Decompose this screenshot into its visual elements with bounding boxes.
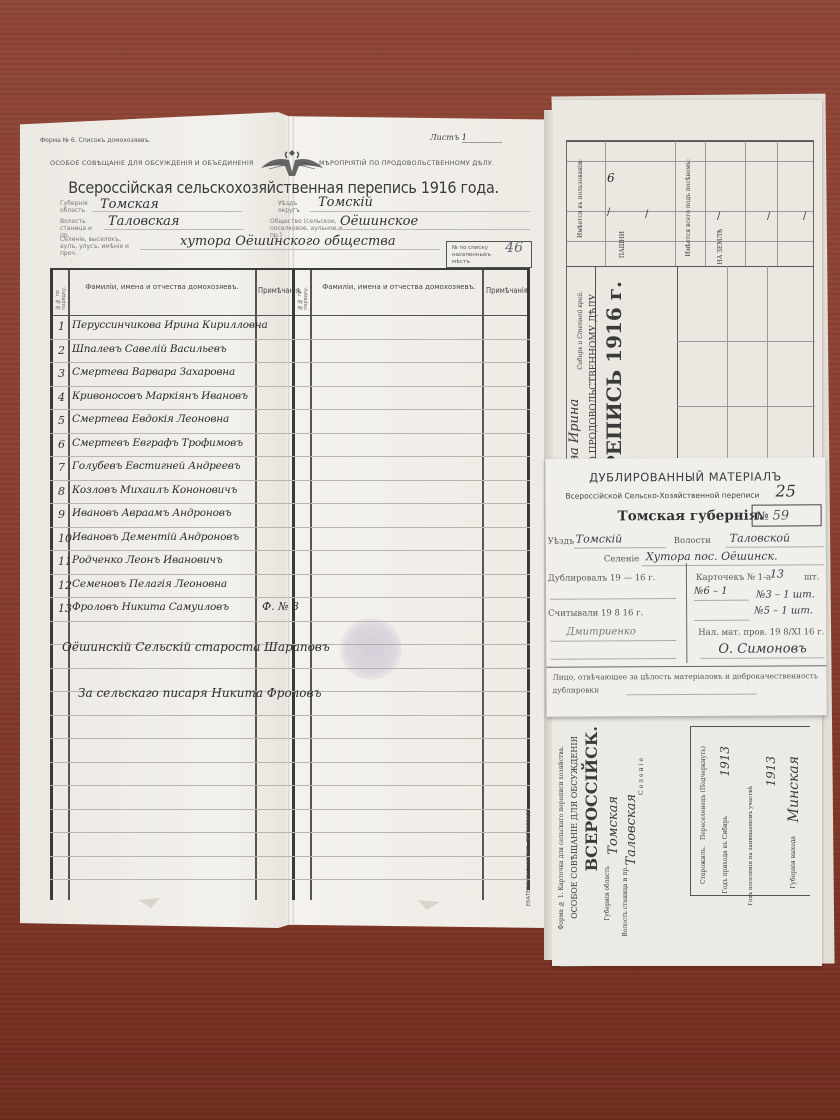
- region-subtitle: Сибирь и Степной край.: [577, 291, 584, 370]
- table-header: №№ по порядку. Фамиліи, имена и отчества…: [50, 270, 530, 316]
- paper-tear: [418, 900, 440, 910]
- table-row: 11Родченко Леонъ Ивановичъ: [50, 551, 530, 575]
- paper-tear: [138, 898, 160, 908]
- sheet-number: Листъ 1: [430, 133, 502, 143]
- duplicated-material-slip: ДУБЛИРОВАННЫЙ МАТЕРІАЛЪ Всероссійской Се…: [545, 457, 826, 716]
- form-number: Форма № 6. Списокъ домохозяевъ.: [40, 137, 151, 144]
- settlement-count-box: № по списку населенныхъ мѣстъ 46: [446, 241, 532, 268]
- slip-number-box: №59: [752, 504, 822, 526]
- table-row: 6Смертевъ Евграфъ Трофимовъ: [50, 434, 530, 458]
- inspector-signature: О. Симоновъ: [718, 641, 807, 656]
- header-banner: ОСОБОЕ СОВѢЩАНІЕ ДЛЯ ОБСУЖДЕНІЯ И ОБЪЕДИ…: [34, 150, 534, 180]
- census-title: Всероссійская сельскохозяйственная переп…: [20, 178, 547, 197]
- slip-guberniya: Томская губернія.: [618, 508, 764, 525]
- table-row: 9Ивановъ Авраамъ Андроновъ: [50, 504, 530, 528]
- table-row: 3Смертева Варвара Захаровна: [50, 363, 530, 387]
- table-row: 4Кривоносовъ Маркіянъ Ивановъ: [50, 387, 530, 411]
- banner-right: МѢРОПРІЯТІЙ ПО ПРОДОВОЛЬСТВЕННОМУ ДѢЛУ.: [319, 159, 494, 167]
- table-row: 2Шпалевъ Савелій Васильевъ: [50, 340, 530, 364]
- handwritten-mark: 6: [607, 171, 615, 185]
- table-row: 13Фроловъ Никита СамуиловъФ. № 3: [50, 598, 530, 622]
- table-row: 8Козловъ Михаилъ Кононовичъ: [50, 481, 530, 505]
- banner-left: ОСОБОЕ СОВѢЩАНІЕ ДЛЯ ОБСУЖДЕНІЯ И ОБЪЕДИ…: [50, 159, 254, 167]
- household-table: №№ по порядку. Фамиліи, имена и отчества…: [50, 268, 530, 898]
- household-card-bottom: Форма № 1. Карточка для сельскаго перепи…: [552, 716, 822, 964]
- violet-seal-stamp: [340, 618, 402, 680]
- slip-subtitle: Всероссійской Сельско-Хозяйственной пере…: [565, 491, 759, 501]
- clerk-signature: За сельскаго писаря Никита Фроловъ: [78, 686, 322, 700]
- table-row: 5Смертева Евдокія Леоновна: [50, 410, 530, 434]
- selenie-field: Селеніе, выселокъ, аулъ, улусъ, имѣніе и…: [60, 236, 450, 254]
- table-row: 1Перуссинчикова Ирина Кирилловна: [50, 316, 530, 340]
- table-row: 10Ивановъ Дементій Андроновъ: [50, 528, 530, 552]
- table-row: 7Голубевъ Евстигней Андреевъ: [50, 457, 530, 481]
- double-headed-eagle-icon: [259, 146, 325, 178]
- household-list-sheet: Форма № 6. Списокъ домохозяевъ. Листъ 1 …: [20, 108, 547, 928]
- card-title: ВСЕРОССІЙСК.: [582, 726, 601, 871]
- table-row: 12Семеновъ Пелагія Леоновна: [50, 575, 530, 599]
- slip-footer: Лицо, отвѣчающее за цѣлость матеріаловъ …: [552, 669, 820, 696]
- printer-imprint: ЕКАТЕРИНИНСКАЯ ТИП. ПЕТРОГРАДЪ: [526, 808, 532, 906]
- elder-signature: Оёшинскій Сельскій староста Шараповъ: [62, 640, 330, 654]
